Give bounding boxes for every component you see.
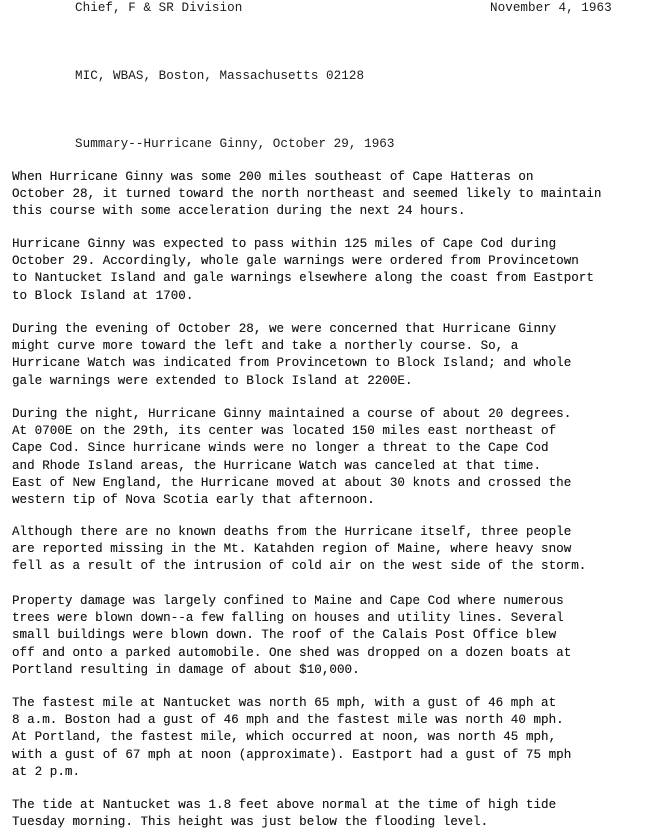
- memo-subject: Summary--Hurricane Ginny, October 29, 19…: [75, 136, 395, 153]
- paragraph-hurricane-watch: During the evening of October 28, we wer…: [12, 321, 662, 390]
- memo-from: Chief, F & SR Division: [75, 0, 242, 17]
- paragraph-warnings: Hurricane Ginny was expected to pass wit…: [12, 236, 662, 305]
- memo-date: November 4, 1963: [490, 0, 612, 17]
- paragraph-tide: The tide at Nantucket was 1.8 feet above…: [12, 797, 662, 831]
- paragraph-track: When Hurricane Ginny was some 200 miles …: [12, 169, 662, 221]
- paragraph-night-course: During the night, Hurricane Ginny mainta…: [12, 406, 662, 509]
- memo-to: MIC, WBAS, Boston, Massachusetts 02128: [75, 68, 364, 85]
- paragraph-property-damage: Property damage was largely confined to …: [12, 593, 662, 679]
- paragraph-wind-speeds: The fastest mile at Nantucket was north …: [12, 695, 662, 781]
- paragraph-casualties: Although there are no known deaths from …: [12, 524, 662, 576]
